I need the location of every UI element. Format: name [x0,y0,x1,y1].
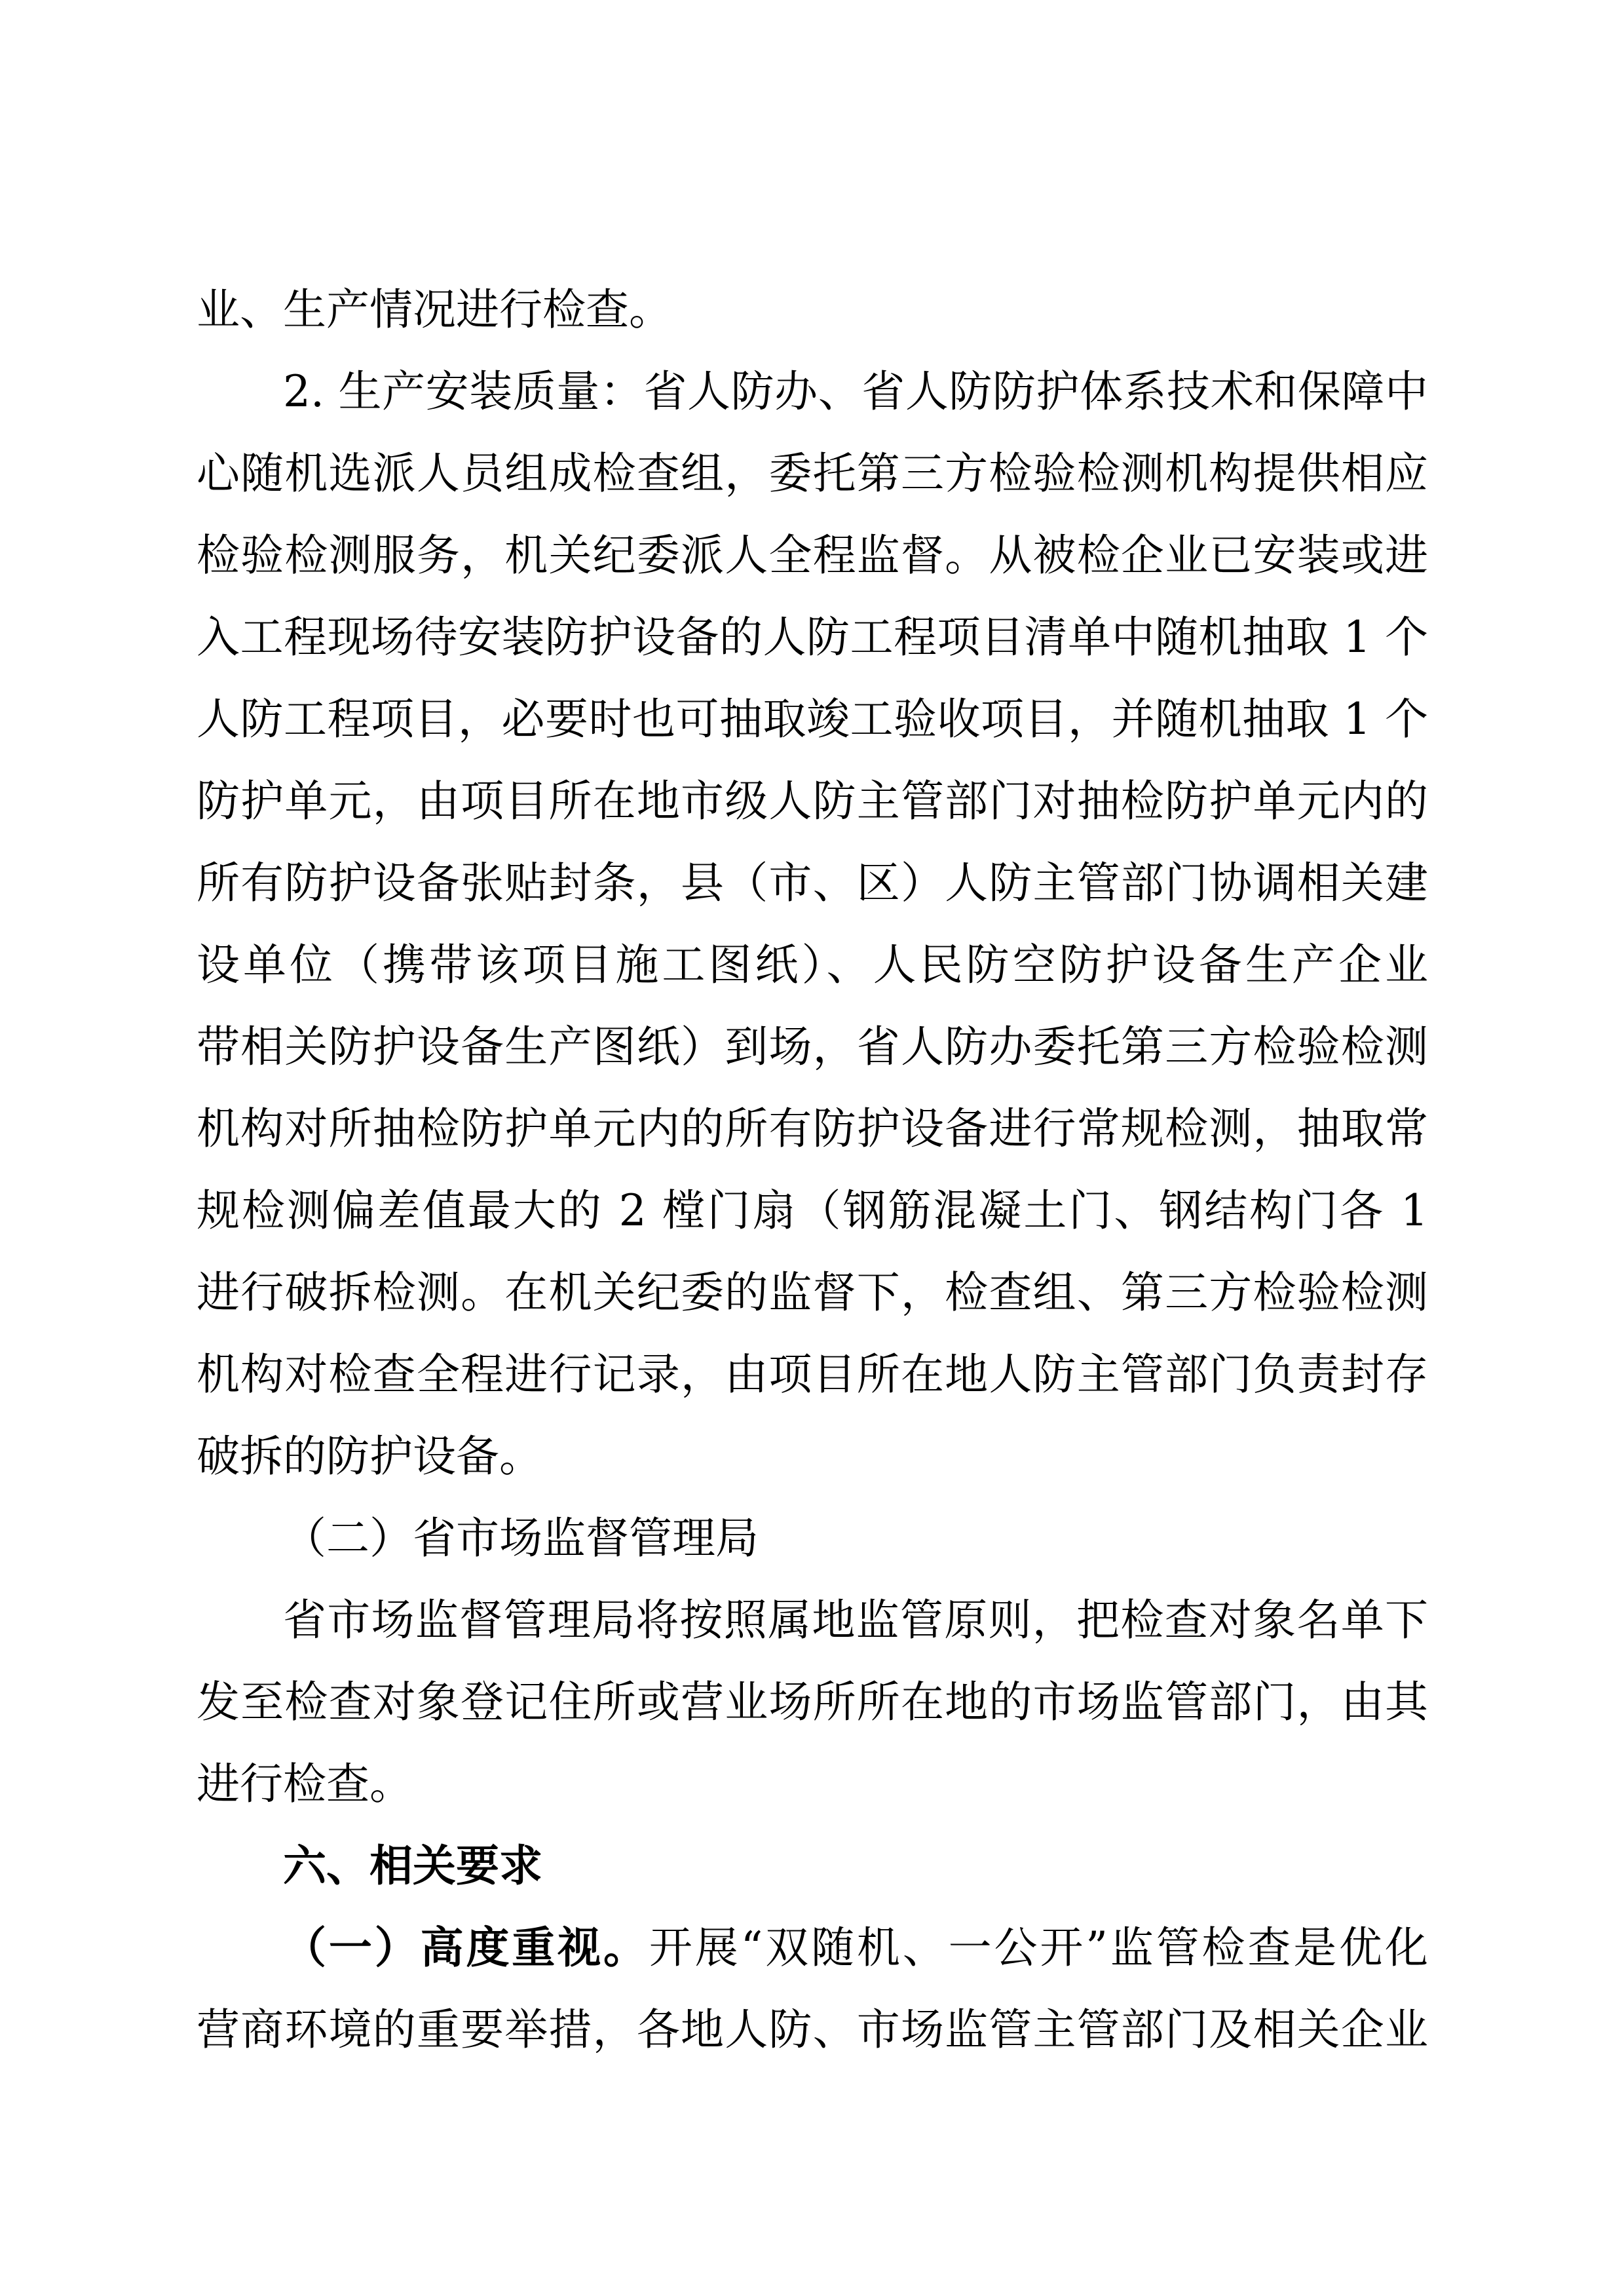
text-segment: 营商环境的重要举措，各地人防、市场监管主管部门及相关企业 [197,2004,1428,2055]
text-segment: 规检测偏差值最大的 2 樘门扇（钢筋混凝土门、钢结构门各 1 樘） [197,1185,1428,1252]
text-segment: （一）高度重视。 [283,1922,649,1973]
text-line: 业、生产情况进行检查。 [197,269,1428,351]
text-segment: 心随机选派人员组成检查组，委托第三方检验检测机构提供相应 [197,448,1428,499]
text-segment: 开展“双随机、一公开”监管检查是优化 [649,1923,1428,1973]
text-segment: 机构对所抽检防护单元内的所有防护设备进行常规检测，抽取常 [197,1103,1428,1154]
text-segment: 机构对检查全程进行记录，由项目所在地人防主管部门负责封存 [197,1349,1428,1400]
text-line: 进行检查。 [197,1743,1428,1825]
text-line: 破拆的防护设备。 [197,1415,1428,1497]
text-line: 心随机选派人员组成检查组，委托第三方检验检测机构提供相应 [197,432,1428,514]
text-line: 规检测偏差值最大的 2 樘门扇（钢筋混凝土门、钢结构门各 1 樘） [197,1170,1428,1252]
text-line: （一）高度重视。开展“双随机、一公开”监管检查是优化 [197,1907,1428,1989]
text-segment: 破拆的防护设备。 [197,1431,542,1482]
text-line: 营商环境的重要举措，各地人防、市场监管主管部门及相关企业 [197,1989,1428,2071]
text-segment: 省市场监督管理局将按照属地监管原则，把检查对象名单下 [283,1595,1428,1645]
text-segment: 2. 生产安装质量：省人防办、省人防防护体系技术和保障中 [283,366,1428,417]
text-segment: 进行检查。 [197,1759,413,1809]
text-line: 六、相关要求 [197,1825,1428,1907]
text-line: 设单位（携带该项目施工图纸）、人民防空防护设备生产企业（携 [197,924,1428,1006]
text-line: 入工程现场待安装防护设备的人防工程项目清单中随机抽取 1 个 [197,596,1428,678]
text-segment: 六、相关要求 [283,1841,542,1891]
text-line: 带相关防护设备生产图纸）到场，省人防办委托第三方检验检测 [197,1006,1428,1088]
text-line: 省市场监督管理局将按照属地监管原则，把检查对象名单下 [197,1579,1428,1661]
text-line: 检验检测服务，机关纪委派人全程监督。从被检企业已安装或进 [197,514,1428,596]
text-segment: 带相关防护设备生产图纸）到场，省人防办委托第三方检验检测 [197,1022,1428,1072]
text-segment: 发至检查对象登记住所或营业场所所在地的市场监管部门，由其 [197,1677,1428,1727]
text-segment: 进行破拆检测。在机关纪委的监督下，检查组、第三方检验检测 [197,1267,1428,1318]
text-segment: 人防工程项目，必要时也可抽取竣工验收项目，并随机抽取 1 个 [197,694,1428,744]
text-line: 2. 生产安装质量：省人防办、省人防防护体系技术和保障中 [197,351,1428,432]
text-line: 人防工程项目，必要时也可抽取竣工验收项目，并随机抽取 1 个 [197,678,1428,760]
text-segment: 检验检测服务，机关纪委派人全程监督。从被检企业已安装或进 [197,530,1428,581]
document-page: 业、生产情况进行检查。2. 生产安装质量：省人防办、省人防防护体系技术和保障中心… [0,0,1624,2296]
text-line: 进行破拆检测。在机关纪委的监督下，检查组、第三方检验检测 [197,1252,1428,1333]
text-line: （二）省市场监督管理局 [197,1497,1428,1579]
text-segment: 业、生产情况进行检查。 [197,284,672,335]
text-line: 机构对所抽检防护单元内的所有防护设备进行常规检测，抽取常 [197,1088,1428,1170]
document-text-block: 业、生产情况进行检查。2. 生产安装质量：省人防办、省人防防护体系技术和保障中心… [197,269,1428,2071]
text-segment: 防护单元，由项目所在地市级人防主管部门对抽检防护单元内的 [197,776,1428,826]
text-segment: 入工程现场待安装防护设备的人防工程项目清单中随机抽取 1 个 [197,612,1428,662]
text-line: 机构对检查全程进行记录，由项目所在地人防主管部门负责封存 [197,1333,1428,1415]
text-segment: （二）省市场监督管理局 [283,1513,759,1563]
text-segment: 所有防护设备张贴封条，县（市、区）人防主管部门协调相关建 [197,858,1428,908]
text-line: 所有防护设备张贴封条，县（市、区）人防主管部门协调相关建 [197,842,1428,924]
text-line: 防护单元，由项目所在地市级人防主管部门对抽检防护单元内的 [197,760,1428,842]
text-segment: 设单位（携带该项目施工图纸）、人民防空防护设备生产企业（携 [197,940,1428,1006]
text-line: 发至检查对象登记住所或营业场所所在地的市场监管部门，由其 [197,1661,1428,1743]
